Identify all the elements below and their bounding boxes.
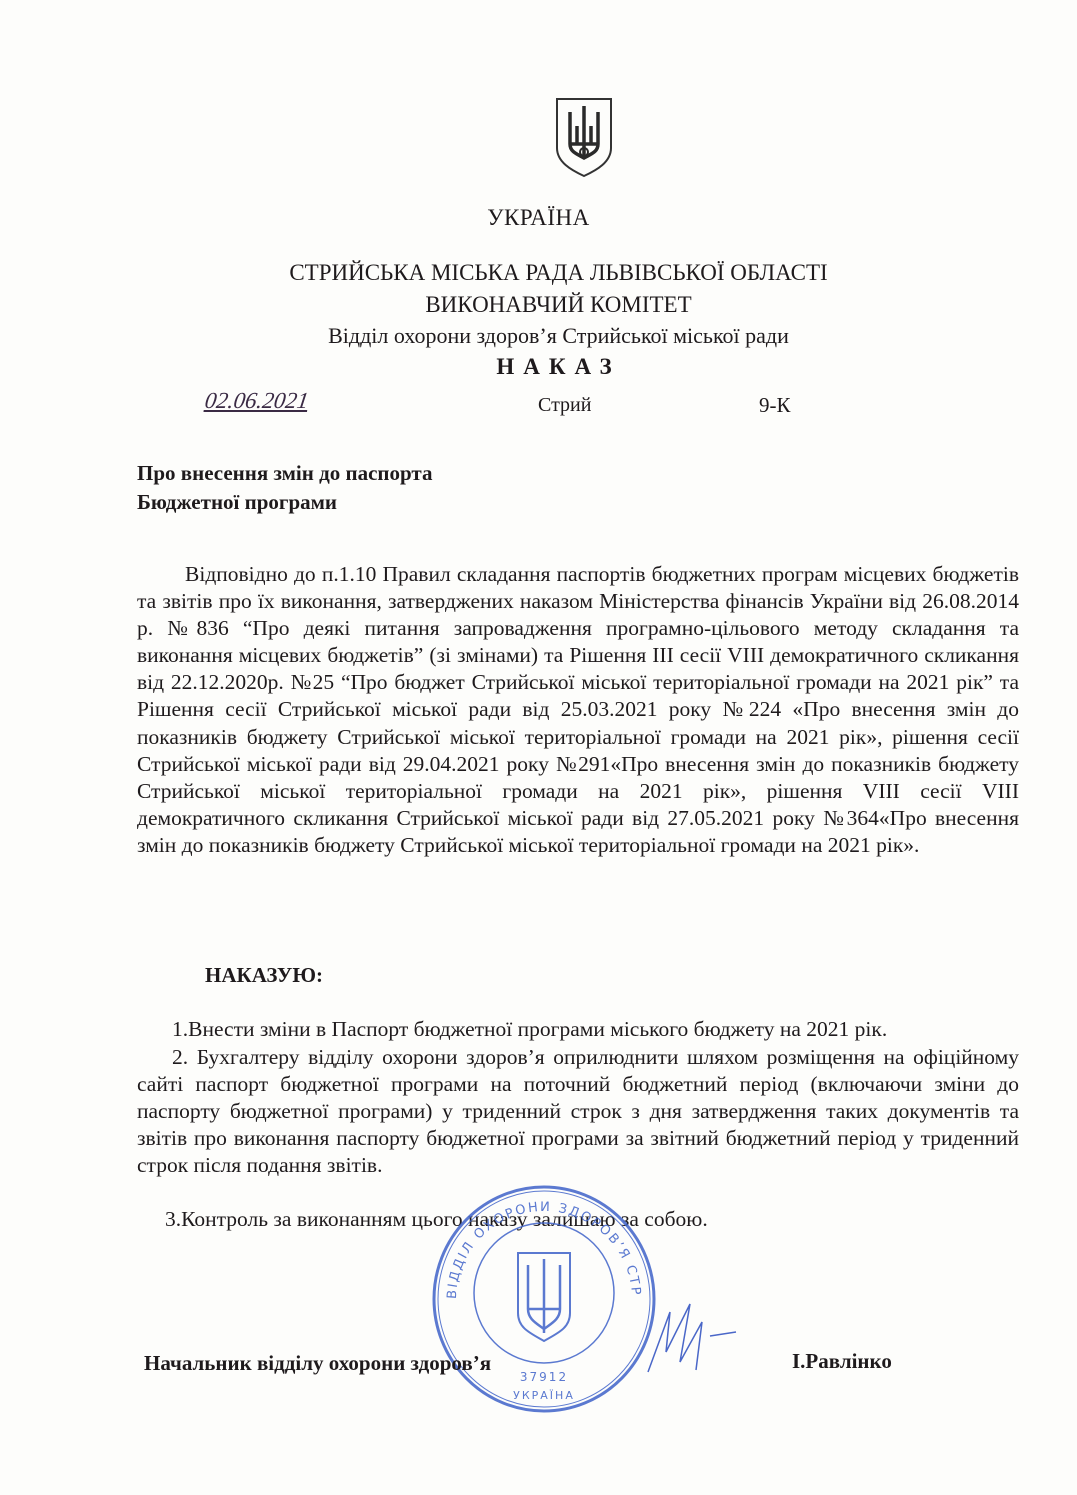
order-item-1: 1.Внести зміни в Паспорт бюджетної прогр… [137, 1016, 1019, 1043]
council-heading: СТРИЙСЬКА МІСЬКА РАДА ЛЬВІВСЬКОЇ ОБЛАСТІ… [20, 257, 1077, 321]
council-line-1: СТРИЙСЬКА МІСЬКА РАДА ЛЬВІВСЬКОЇ ОБЛАСТІ [20, 257, 1077, 289]
trident-coat-of-arms-icon [553, 96, 615, 178]
document-date: 02.06.2021 [203, 388, 310, 414]
official-stamp: ВІДДІЛ ОХОРОНИ ЗДОРОВ’Я СТРИЙСЬКОЇ 37912… [428, 1183, 660, 1415]
svg-text:37912: 37912 [520, 1370, 568, 1384]
signatory-name: І.Равлінко [792, 1349, 892, 1374]
document-number: 9-К [759, 393, 791, 418]
subject-line-2: Бюджетної програми [137, 488, 433, 517]
subject-line-1: Про внесення змін до паспорта [137, 459, 433, 488]
signatory-title: Начальник відділу охорони здоров’я [144, 1351, 491, 1376]
svg-text:УКРАЇНА: УКРАЇНА [513, 1389, 575, 1402]
document-type: НАКАЗ [20, 354, 1077, 380]
intro-paragraph: Відповідно до п.1.10 Правил складання па… [137, 561, 1019, 859]
order-item-2: 2. Бухгалтеру відділу охорони здоров’я о… [137, 1044, 1019, 1179]
document-subject: Про внесення змін до паспорта Бюджетної … [137, 459, 433, 517]
country-heading: УКРАЇНА [0, 205, 1077, 231]
handwritten-signature [640, 1292, 740, 1382]
council-line-2: ВИКОНАВЧИЙ КОМІТЕТ [20, 289, 1077, 321]
order-word: НАКАЗУЮ: [205, 963, 323, 988]
svg-text:ВІДДІЛ ОХОРОНИ ЗДОРОВ’Я СТРИЙС: ВІДДІЛ ОХОРОНИ ЗДОРОВ’Я СТРИЙСЬКОЇ [428, 1183, 643, 1299]
department-heading: Відділ охорони здоров’я Стрийської міськ… [20, 323, 1077, 349]
document-city: Стрий [538, 394, 591, 417]
